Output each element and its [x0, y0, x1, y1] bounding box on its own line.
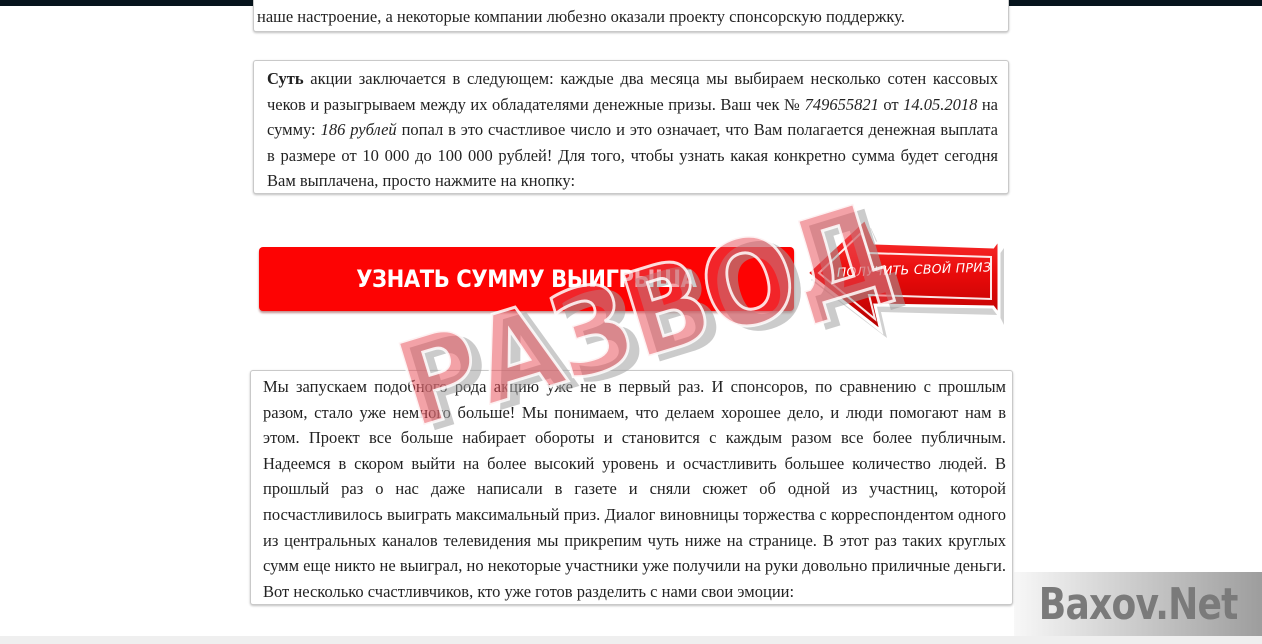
receipt-number: 749655821: [805, 95, 879, 114]
site-watermark: Baxov.Net: [1014, 572, 1262, 636]
check-winnings-button[interactable]: УЗНАТЬ СУММУ ВЫИГРЫША: [259, 247, 794, 311]
receipt-date: 14.05.2018: [903, 95, 977, 114]
intro-text-box: наше настроение, а некоторые компании лю…: [253, 0, 1009, 32]
essence-paragraph: Суть акции заключается в следующем: кажд…: [258, 66, 998, 194]
receipt-amount: 186 рублей: [321, 120, 397, 139]
essence-lead: Суть: [267, 69, 304, 88]
get-prize-arrow-ribbon[interactable]: [805, 215, 1005, 340]
watermark-text: Baxov.Net: [1039, 579, 1238, 630]
check-winnings-label: УЗНАТЬ СУММУ ВЫИГРЫША: [356, 265, 696, 293]
page-bottom-strip: [0, 636, 1262, 644]
story-text-box: Мы запускаем подобного рода акцию уже не…: [250, 370, 1013, 605]
essence-text-box: Суть акции заключается в следующем: кажд…: [253, 60, 1009, 194]
intro-paragraph: наше настроение, а некоторые компании лю…: [257, 4, 998, 30]
story-paragraph: Мы запускаем подобного рода акцию уже не…: [254, 374, 1006, 604]
